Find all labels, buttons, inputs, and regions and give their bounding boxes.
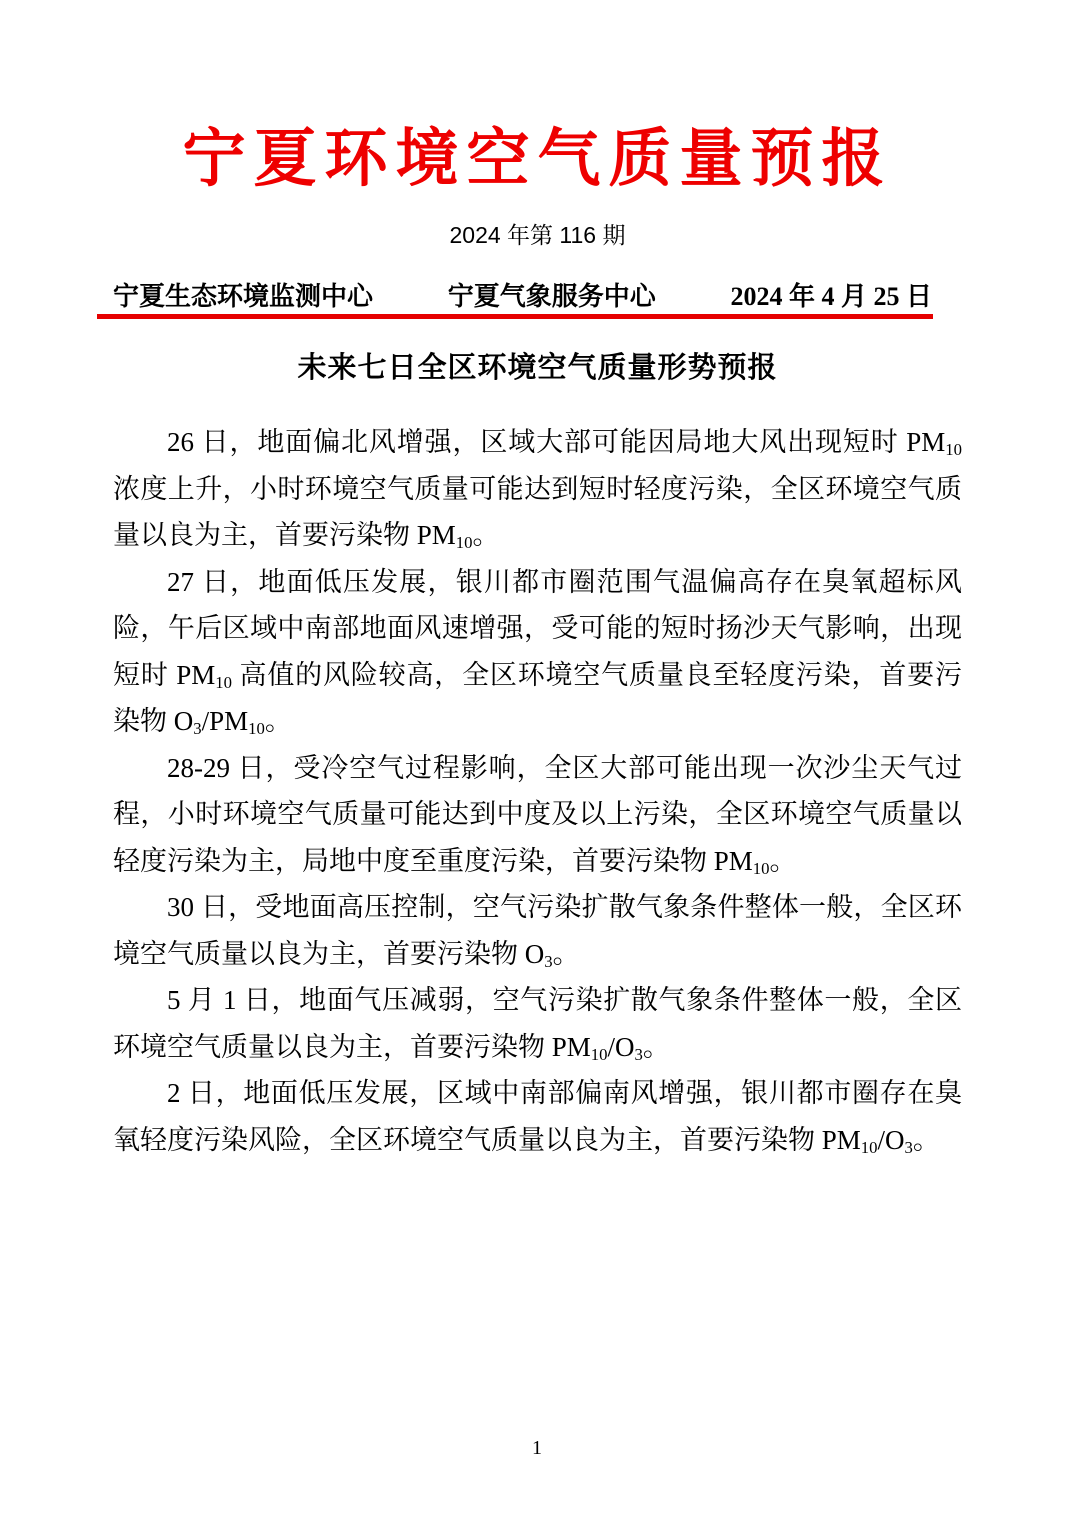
paragraph-text: /PM bbox=[202, 706, 249, 736]
pollutant-subscript: 10 bbox=[861, 1138, 878, 1157]
pollutant-subscript: 10 bbox=[591, 1045, 608, 1064]
pollutant-subscript: 3 bbox=[905, 1138, 913, 1157]
paragraph-text: /O bbox=[608, 1032, 635, 1062]
paragraph-text: 。 bbox=[913, 1125, 940, 1155]
issue-date: 2024 年 4 月 25 日 bbox=[730, 282, 932, 312]
paragraph-text: 。 bbox=[473, 520, 500, 550]
header-divider bbox=[97, 314, 933, 319]
forecast-paragraph: 28-29 日，受冷空气过程影响，全区大部可能出现一次沙尘天气过程，小时环境空气… bbox=[113, 745, 962, 885]
paragraph-text: 。 bbox=[770, 846, 797, 876]
pollutant-subscript: 3 bbox=[193, 719, 201, 738]
pollutant-subscript: 10 bbox=[248, 719, 265, 738]
paragraph-text: 30 日，受地面高压控制，空气污染扩散气象条件整体一般，全区环境空气质量以良为主… bbox=[113, 892, 962, 969]
paragraph-text: 。 bbox=[265, 706, 292, 736]
paragraph-text: 2 日，地面低压发展，区域中南部偏南风增强，银川都市圈存在臭氧轻度污染风险，全区… bbox=[113, 1078, 962, 1155]
paragraph-text: 28-29 日，受冷空气过程影响，全区大部可能出现一次沙尘天气过程，小时环境空气… bbox=[113, 753, 962, 876]
pollutant-subscript: 10 bbox=[215, 673, 232, 692]
paragraph-text: 5 月 1 日，地面气压减弱，空气污染扩散气象条件整体一般，全区环境空气质量以良… bbox=[113, 985, 962, 1062]
org-meteorological-center: 宁夏气象服务中心 bbox=[448, 281, 656, 311]
document-title: 宁夏环境空气质量预报 bbox=[113, 126, 962, 192]
pollutant-subscript: 10 bbox=[945, 440, 962, 459]
pollutant-subscript: 10 bbox=[456, 533, 473, 552]
paragraph-text: 。 bbox=[553, 939, 580, 969]
forecast-paragraph: 2 日，地面低压发展，区域中南部偏南风增强，银川都市圈存在臭氧轻度污染风险，全区… bbox=[113, 1070, 962, 1163]
forecast-paragraphs: 26 日，地面偏北风增强，区域大部可能因局地大风出现短时 PM10 浓度上升，小… bbox=[113, 419, 962, 1163]
pollutant-subscript: 3 bbox=[544, 952, 552, 971]
forecast-paragraph: 30 日，受地面高压控制，空气污染扩散气象条件整体一般，全区环境空气质量以良为主… bbox=[113, 884, 962, 977]
org-monitoring-center: 宁夏生态环境监测中心 bbox=[113, 281, 373, 311]
pollutant-subscript: 3 bbox=[635, 1045, 643, 1064]
issue-number: 2024 年第 116 期 bbox=[113, 220, 962, 250]
paragraph-text: /O bbox=[878, 1125, 905, 1155]
pollutant-subscript: 10 bbox=[753, 859, 770, 878]
paragraph-text: 浓度上升，小时环境空气质量可能达到短时轻度污染，全区环境空气质量以良为主，首要污… bbox=[113, 474, 962, 551]
paragraph-text: 26 日，地面偏北风增强，区域大部可能因局地大风出现短时 PM bbox=[167, 427, 945, 457]
issuer-row: 宁夏生态环境监测中心 宁夏气象服务中心 2024 年 4 月 25 日 bbox=[113, 281, 932, 312]
forecast-paragraph: 27 日，地面低压发展，银川都市圈范围气温偏高存在臭氧超标风险，午后区域中南部地… bbox=[113, 559, 962, 745]
forecast-paragraph: 5 月 1 日，地面气压减弱，空气污染扩散气象条件整体一般，全区环境空气质量以良… bbox=[113, 977, 962, 1070]
document-page: 宁夏环境空气质量预报 2024 年第 116 期 宁夏生态环境监测中心 宁夏气象… bbox=[0, 0, 1074, 1520]
section-heading: 未来七日全区环境空气质量形势预报 bbox=[113, 352, 962, 384]
page-number: 1 bbox=[0, 1436, 1074, 1460]
paragraph-text: 。 bbox=[643, 1032, 670, 1062]
forecast-paragraph: 26 日，地面偏北风增强，区域大部可能因局地大风出现短时 PM10 浓度上升，小… bbox=[113, 419, 962, 559]
